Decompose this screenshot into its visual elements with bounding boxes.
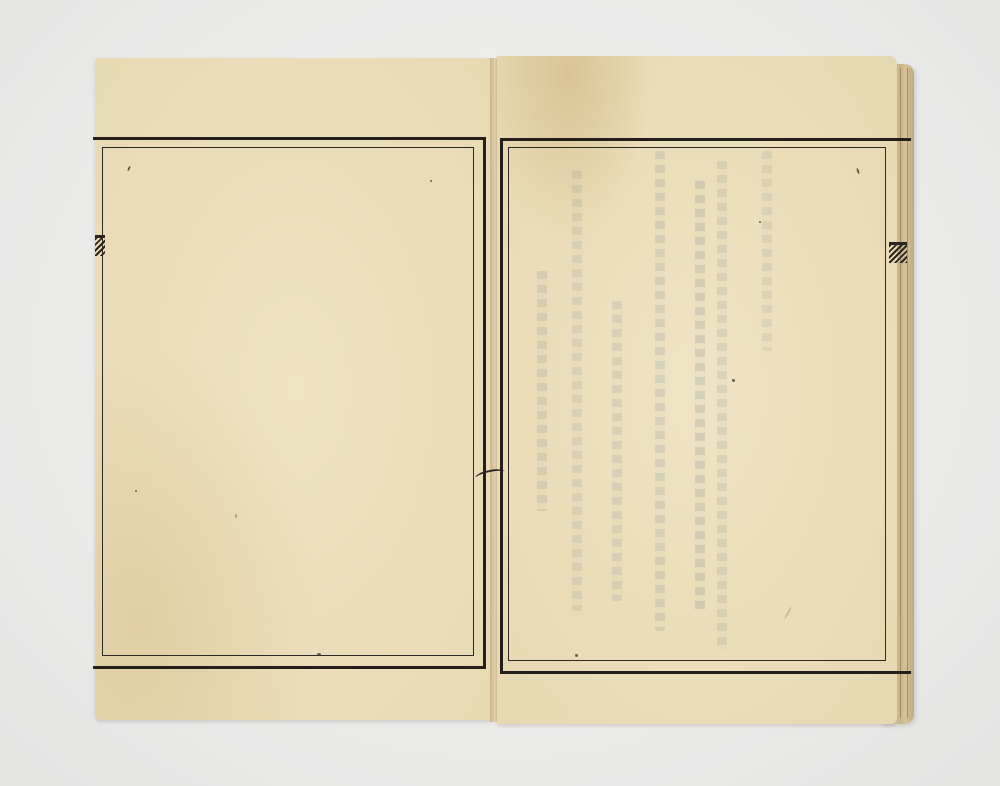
open-book [0,0,1000,786]
left-frame-inner-rule [102,147,474,656]
right-frame-inner-rule [508,147,886,661]
right-page [497,56,897,724]
left-fold-mark-icon [95,235,105,256]
left-page [95,58,493,720]
right-fold-mark-icon [889,242,907,263]
